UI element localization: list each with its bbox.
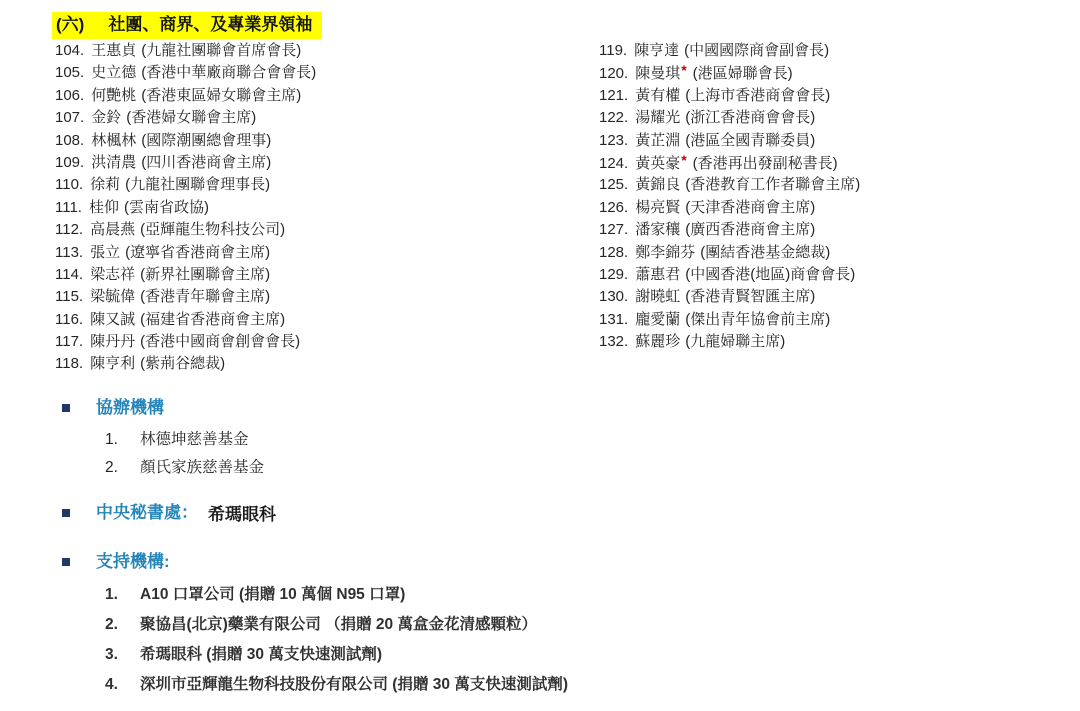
roster-item-number: 125. [599,176,628,193]
roster-item-number: 132. [599,333,628,350]
roster-item-number: 121. [599,87,628,104]
list-item-number: 1. [105,580,140,610]
roster-item: 117.陳丹丹(香港中國商會創會會長) [55,331,575,353]
roster-item: 131.龐愛蘭(傑出青年協會前主席) [599,309,1069,331]
central-secretariat-value: 希瑪眼科 [208,500,276,525]
list-item-text: 希瑪眼科 (捐贈 30 萬支快速測試劑) [140,646,382,663]
roster-item-name: 黃英豪 [635,155,680,172]
roster-item: 107.金鈴(香港婦女聯會主席) [55,107,575,129]
roster-item-name: 梁志祥 [90,266,135,283]
roster-item-name: 陳丹丹 [90,333,135,350]
section-heading-row: 支持機構: [62,551,568,573]
roster-item-name: 陳亨達 [634,42,679,59]
roster-item: 129.蕭惠君(中國香港(地區)商會會長) [599,264,1069,286]
roster-item-number: 124. [599,155,628,172]
list-item: 2.顏氏家族慈善基金 [105,454,264,482]
roster-item: 111.桂仰(雲南省政協) [55,197,575,219]
roster-item-number: 114. [55,266,83,283]
roster-item-affiliation: (上海市香港商會會長) [685,87,830,104]
roster-item-name: 史立德 [91,64,136,81]
roster-item-name: 高晨燕 [90,221,135,238]
roster-item-affiliation: (香港東區婦女聯會主席) [141,87,301,104]
roster-item-affiliation: (香港青賢智匯主席) [685,288,815,305]
roster-item-affiliation: (九龍婦聯主席) [685,333,785,350]
roster-item-name: 何艷桃 [91,87,136,104]
roster-item-number: 122. [599,109,628,126]
roster-item-name: 梁毓偉 [90,288,135,305]
roster-item-affiliation: (浙江香港商會會長) [685,109,815,126]
roster-item-number: 131. [599,311,628,328]
roster-item-number: 130. [599,288,628,305]
roster-item-name: 黃錦良 [635,176,680,193]
roster-item: 122.湯耀光(浙江香港商會會長) [599,107,1069,129]
roster-item: 115.梁毓偉(香港青年聯會主席) [55,286,575,308]
section-title: 中央秘書處： [96,502,198,524]
list-item: 4.深圳市亞輝龍生物科技股份有限公司 (捐贈 30 萬支快速測試劑) [105,670,568,700]
roster-item-affiliation: (香港中國商會創會會長) [140,333,300,350]
roster-item-affiliation: (雲南省政協) [124,199,209,216]
roster-item-affiliation: (中國國際商會副會長) [684,42,829,59]
roster-item-number: 126. [599,199,628,216]
list-item-number: 2. [105,610,140,640]
section-title: 支持機構: [96,551,170,573]
roster-item-affiliation: (國際潮團總會理事) [141,132,271,149]
list-item: 2.聚協昌(北京)藥業有限公司 （捐贈 20 萬盒金花清感顆粒） [105,610,568,640]
roster-item-name: 黃芷淵 [635,132,680,149]
list-item: 3.希瑪眼科 (捐贈 30 萬支快速測試劑) [105,640,568,670]
roster-item-number: 117. [55,333,83,350]
roster-item-affiliation: (九龍社團聯會理事長) [125,176,270,193]
list-item: 1.A10 口罩公司 (捐贈 10 萬個 N95 口罩) [105,580,568,610]
roster-item-name: 張立 [90,244,120,261]
roster-item-number: 112. [55,221,83,238]
roster-column-left: 104.王惠貞(九龍社團聯會首席會長)105.史立德(香港中華廠商聯合會會長)1… [55,40,575,376]
roster-item: 110.徐莉(九龍社團聯會理事長) [55,174,575,196]
roster-item-affiliation: (傑出青年協會前主席) [685,311,830,328]
roster-item: 128.鄭李錦芬(團結香港基金總裁) [599,242,1069,264]
roster-item-name: 楊亮賢 [635,199,680,216]
section-co-organizers: 協辦機構 1.林德坤慈善基金2.顏氏家族慈善基金 [62,397,264,482]
roster-item-name: 桂仰 [89,199,119,216]
roster-item-number: 109. [55,154,84,171]
list-item: 1.林德坤慈善基金 [105,426,264,454]
list-item-text: A10 口罩公司 (捐贈 10 萬個 N95 口罩) [140,586,405,603]
roster-item: 123.黃芷淵(港區全國青聯委員) [599,130,1069,152]
roster-item: 116.陳又誠(福建省香港商會主席) [55,309,575,331]
roster-item-name: 龐愛蘭 [635,311,680,328]
section-header: (六)社團、商界、及專業界領袖 [52,12,322,39]
roster-item-number: 115. [55,288,83,305]
roster-item-affiliation: (香港青年聯會主席) [140,288,270,305]
roster-item-number: 128. [599,244,628,261]
list-item-number: 3. [105,640,140,670]
roster-item: 126.楊亮賢(天津香港商會主席) [599,197,1069,219]
roster-item-affiliation: (港區全國青聯委員) [685,132,815,149]
asterisk-marker: * [681,152,686,168]
roster-column-right: 119.陳亨達(中國國際商會副會長)120.陳曼琪*(港區婦聯會長)121.黃有… [599,40,1069,353]
roster-item-name: 陳亨利 [90,355,135,372]
roster-item: 125.黃錦良(香港教育工作者聯會主席) [599,174,1069,196]
section-heading-row: 中央秘書處： 希瑪眼科 [62,500,276,525]
roster-item-affiliation: (中國香港(地區)商會會長) [685,266,855,283]
roster-item-name: 林楓林 [91,132,136,149]
roster-item-affiliation: (香港教育工作者聯會主席) [685,176,860,193]
section-header-number: (六) [56,15,84,34]
roster-item: 130.謝曉虹(香港青賢智匯主席) [599,286,1069,308]
section-central-secretariat: 中央秘書處： 希瑪眼科 [62,500,276,525]
roster-item: 132.蘇麗珍(九龍婦聯主席) [599,331,1069,353]
section-supporting-organizations: 支持機構: 1.A10 口罩公司 (捐贈 10 萬個 N95 口罩)2.聚協昌(… [62,551,568,700]
roster-item-number: 108. [55,132,84,149]
list-item-text: 聚協昌(北京)藥業有限公司 （捐贈 20 萬盒金花清感顆粒） [140,616,537,633]
roster-item-name: 陳又誠 [90,311,135,328]
roster-item-name: 王惠貞 [91,42,136,59]
roster-item-number: 118. [55,355,83,372]
list-item-number: 2. [105,454,140,482]
roster-item-number: 110. [55,176,83,193]
roster-item-affiliation: (天津香港商會主席) [685,199,815,216]
roster-item: 127.潘家穰(廣西香港商會主席) [599,219,1069,241]
roster-item-number: 111. [55,199,82,216]
roster-item-number: 104. [55,42,84,59]
list-item-text: 林德坤慈善基金 [140,431,249,448]
roster-item-number: 120. [599,65,628,82]
bullet-square-icon [62,509,70,517]
roster-item-name: 洪清農 [91,154,136,171]
list-item-number: 1. [105,426,140,454]
roster-item-name: 湯耀光 [635,109,680,126]
roster-item-affiliation: (福建省香港商會主席) [140,311,285,328]
roster-item-name: 蘇麗珍 [635,333,680,350]
roster-item-name: 潘家穰 [635,221,680,238]
roster-item-number: 106. [55,87,84,104]
asterisk-marker: * [681,62,686,78]
bullet-square-icon [62,404,70,412]
roster-item-affiliation: (廣西香港商會主席) [685,221,815,238]
roster-item-number: 127. [599,221,628,238]
bullet-square-icon [62,558,70,566]
roster-item: 120.陳曼琪*(港區婦聯會長) [599,62,1069,84]
list-item-text: 深圳市亞輝龍生物科技股份有限公司 (捐贈 30 萬支快速測試劑) [140,676,568,693]
roster-item: 119.陳亨達(中國國際商會副會長) [599,40,1069,62]
roster-item-affiliation: (紫荊谷總裁) [140,355,225,372]
roster-item-name: 陳曼琪 [635,65,680,82]
roster-item-name: 鄭李錦芬 [635,244,695,261]
roster-item: 114.梁志祥(新界社團聯會主席) [55,264,575,286]
section-heading-row: 協辦機構 [62,397,264,419]
list-item-text: 顏氏家族慈善基金 [140,459,264,476]
roster-item: 104.王惠貞(九龍社團聯會首席會長) [55,40,575,62]
section-title: 協辦機構 [96,397,164,419]
co-organizers-list: 1.林德坤慈善基金2.顏氏家族慈善基金 [105,426,264,482]
roster-item-number: 113. [55,244,83,261]
roster-item-number: 123. [599,132,628,149]
roster-item-number: 105. [55,64,84,81]
roster-item-affiliation: (香港婦女聯會主席) [126,109,256,126]
roster-item-name: 蕭惠君 [635,266,680,283]
roster-item-affiliation: (九龍社團聯會首席會長) [141,42,301,59]
roster-item-number: 107. [55,109,84,126]
roster-item-number: 129. [599,266,628,283]
roster-item-affiliation: (香港再出發副秘書長) [693,155,838,172]
roster-item: 113.張立(遼寧省香港商會主席) [55,242,575,264]
roster-item: 118.陳亨利(紫荊谷總裁) [55,353,575,375]
roster-item-affiliation: (四川香港商會主席) [141,154,271,171]
roster-item: 124.黃英豪*(香港再出發副秘書長) [599,152,1069,174]
roster-item-affiliation: (港區婦聯會長) [693,65,793,82]
roster-item-name: 徐莉 [90,176,120,193]
roster-item-name: 金鈴 [91,109,121,126]
roster-item-affiliation: (亞輝龍生物科技公司) [140,221,285,238]
roster-item: 105.史立德(香港中華廠商聯合會會長) [55,62,575,84]
roster-item: 108.林楓林(國際潮團總會理事) [55,130,575,152]
roster-item-affiliation: (新界社團聯會主席) [140,266,270,283]
roster-item: 109.洪清農(四川香港商會主席) [55,152,575,174]
roster-item-name: 謝曉虹 [635,288,680,305]
roster-item-affiliation: (遼寧省香港商會主席) [125,244,270,261]
document-page: (六)社團、商界、及專業界領袖 104.王惠貞(九龍社團聯會首席會長)105.史… [0,0,1080,711]
roster-item-number: 119. [599,42,627,59]
list-item-number: 4. [105,670,140,700]
roster-item: 112.高晨燕(亞輝龍生物科技公司) [55,219,575,241]
roster-item-affiliation: (香港中華廠商聯合會會長) [141,64,316,81]
roster-item: 121.黃有權(上海市香港商會會長) [599,85,1069,107]
roster-item-affiliation: (團結香港基金總裁) [700,244,830,261]
roster-item: 106.何艷桃(香港東區婦女聯會主席) [55,85,575,107]
supporting-organizations-list: 1.A10 口罩公司 (捐贈 10 萬個 N95 口罩)2.聚協昌(北京)藥業有… [105,580,568,700]
roster-item-number: 116. [55,311,83,328]
roster-item-name: 黃有權 [635,87,680,104]
section-header-title: 社團、商界、及專業界領袖 [108,15,312,34]
